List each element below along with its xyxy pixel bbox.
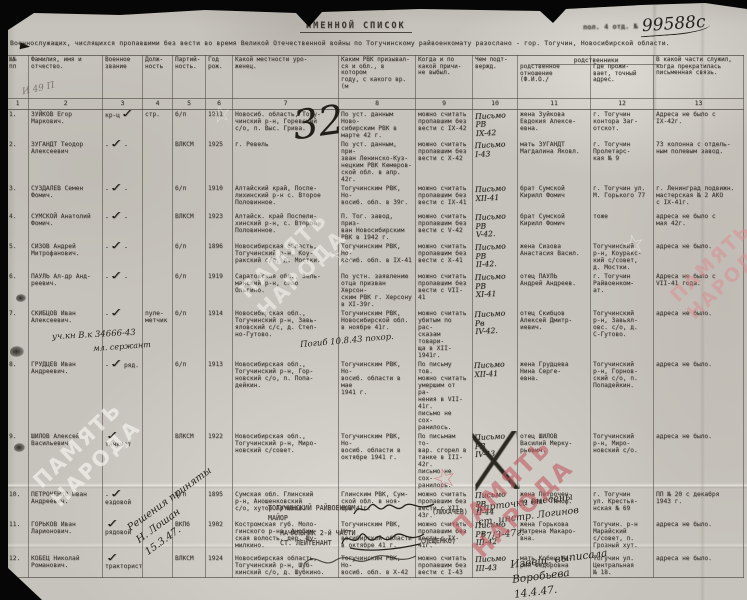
cell-rank: ✓танкист (103, 432, 143, 490)
cell-relative: мать Кобец Ма- рия Федоровна (518, 554, 591, 578)
cell-fate: можно считать пропавшим без вести с X-42 (416, 140, 473, 184)
paper-sheet: пол. 4 отд. №99588с ИМЕННОЙ СПИСОК Военн… (0, 0, 747, 600)
cell-name: СУМСКОЙ Анатолий Фомич. (29, 212, 103, 242)
cell-fate: По письму тов. можно считать умершим от … (416, 360, 473, 432)
col-num: 5 (173, 99, 206, 110)
cell-fate: можно считать пропавшим без вести с V-42 (416, 212, 473, 242)
cell-party: ВЛКСМ (173, 554, 206, 578)
page-title: ИМЕННОЙ СПИСОК (300, 21, 412, 33)
official-title-commissar: ТОГУЧИНСКИЙ РАЙВОЕНКОМ МАЙОР (268, 504, 355, 524)
cell-relative: жена Сизова Анастасия Васил. (518, 242, 591, 272)
table-row: 1.ЗУЙКОВ Егор Маркович.кр-ц✓стр.б/п1911Н… (7, 110, 744, 141)
table-body: 1.ЗУЙКОВ Егор Маркович.кр-ц✓стр.б/п1911Н… (7, 110, 744, 578)
cell-year: 1913 (206, 360, 233, 432)
cell-name: СИЗОВ Андрей Митрофанович. (29, 242, 103, 272)
col-num: 9 (416, 99, 473, 110)
cell-rvk: Тогучинским РВК, Новосибирской обл. в но… (339, 309, 416, 360)
cell-year: 1925 (206, 140, 233, 184)
cell-rank: -✓- (103, 272, 143, 309)
cell-year: 1911 (206, 110, 233, 141)
col-header-origin: Какой местности уро- женец. (233, 56, 339, 99)
cell-proof: Письмо I-43 (471, 139, 518, 185)
cell-rvk: Тогучинским РВК, Но- восиб. области в ма… (339, 360, 416, 432)
cell-party: б/п (173, 360, 206, 432)
col-num: 11 (518, 99, 591, 110)
cell-proof: Письмо III-43 (472, 553, 518, 579)
col-num: 8 (339, 99, 416, 110)
cell-name: СУЗДАЛЕВ Семен Фомич. (29, 184, 103, 212)
cell-pos (143, 490, 173, 520)
cell-address: г. Тогучин контора Заг- отскот. (591, 110, 654, 141)
relatives-group-header: родственники (531, 57, 661, 65)
cell-party: ВКПб (173, 520, 206, 554)
cell-year: 1910 (206, 184, 233, 212)
scanned-document-page: пол. 4 отд. №99588с ИМЕННОЙ СПИСОК Военн… (0, 0, 747, 600)
cell-origin: Новосибирская обл., Тогучинский р-н, Мир… (233, 432, 339, 490)
cell-year: 1902 (206, 520, 233, 554)
cell-num: 11. (7, 520, 29, 554)
cell-name: ГОРЬКОВ Иван Ларионович. (29, 520, 103, 554)
cell-pos (143, 272, 173, 309)
cell-unit: Адреса не было с VII-41 года. (654, 272, 744, 309)
registration-stamp: пол. 4 отд. №99588с (583, 14, 743, 35)
cell-rvk: По устн. заявлению отца призван Херсон- … (339, 272, 416, 309)
cell-relative: брат Сумской Кирилл Фомич (518, 184, 591, 212)
cell-rank: -✓- (103, 140, 143, 184)
cell-rank: кр-ц✓ (103, 110, 143, 141)
check-mark-icon: ✓ (109, 309, 123, 316)
cell-year: 1895 (206, 490, 233, 520)
cell-proof: Письмо РВ XI-41 (472, 271, 519, 310)
cell-party: б/п (173, 242, 206, 272)
cell-name: СКИБЦОВ Иван Алексеевич. (29, 309, 103, 360)
cell-address: тоже (591, 212, 654, 242)
cell-proof: Письмо XII-41 (471, 359, 520, 433)
table-row: 4.СУМСКОЙ Анатолий Фомич.-✓-ВЛКСМ1923Алт… (7, 212, 744, 242)
cell-party: б/п (173, 272, 206, 309)
col-num: 7 (233, 99, 339, 110)
cell-num: 5. (7, 242, 29, 272)
cell-pos (143, 212, 173, 242)
cell-rank: -✓ (103, 309, 143, 360)
cell-pos: стр. (143, 110, 173, 141)
table-row: 7.СКИБЦОВ Иван Алексеевич.-✓пуле- метчик… (7, 309, 744, 360)
cell-address: Тогучин. р-н Марайский с/совет, п. Грозн… (591, 520, 654, 554)
cell-origin: Новосибирская обл., Тогучинский р-н, Зав… (233, 309, 339, 360)
cell-pos (143, 242, 173, 272)
col-header-num: №№ пп (7, 56, 29, 99)
cell-unit: адреса не было. (654, 554, 744, 578)
check-mark-icon: ✓ (109, 212, 123, 219)
cell-address: г. Тогучин Пролетарс- кая № 9 (591, 140, 654, 184)
cell-rvk: Тогучинским РВК, Но- восиб. обл. в IX-41 (339, 242, 416, 272)
table-row: 10.ПЕТРОЧЕНКО Иван Андреевич.-✓ездовойб/… (7, 490, 744, 520)
cell-name: КОБЕЦ Николай Романович. (29, 554, 103, 578)
cell-proof: Письмо РВ II-44 (472, 489, 519, 521)
check-mark-icon: ✓ (109, 272, 123, 279)
col-header-rank: Военное звание (103, 56, 143, 99)
pencil-arrow (20, 42, 31, 50)
cell-relative: отец Скибцов Алексей Дмитр- иевич. (518, 309, 591, 360)
cell-party: б/п (173, 110, 206, 141)
cell-pos: пуле- метчик (143, 309, 173, 360)
cell-party: ВЛКСМ (173, 432, 206, 490)
cell-address: г. Тогучин ул. Крестья- нская № 69 (591, 490, 654, 520)
col-header-rvk: Каким РВК призывал- ся и обл., в котором… (339, 56, 416, 99)
cell-relative: мать ЗУГАНДТ Магдалина Яковл. (518, 140, 591, 184)
cell-proof: Письмо РВ IX-42 (472, 108, 519, 141)
cell-num: 4. (7, 212, 29, 242)
check-mark-icon: ✓ (109, 242, 123, 249)
cell-name: ГРУДЦЕВ Иван Андреевич. (29, 360, 103, 432)
cell-proof: Письмо XII-41 (472, 183, 518, 213)
cell-fate: можно считать убитым по рас- сказам това… (416, 309, 473, 360)
cell-unit: 73 колонна с отдель- ным полевым завод. (654, 140, 744, 184)
table-row: 6.ПАУЛЬ Ал-др Анд- реевич.-✓-б/п1919Сара… (7, 272, 744, 309)
cell-rvk: Тогучинским РВК, Но- восиб. обл. в 39г. (339, 184, 416, 212)
col-header-proof: Чем подт- вержд. (473, 56, 518, 99)
check-mark-icon: ✓ (109, 490, 123, 497)
cell-pos (143, 360, 173, 432)
col-num: 2 (29, 99, 103, 110)
cell-year: 1922 (206, 432, 233, 490)
cell-name: ПАУЛЬ Ал-др Анд- реевич. (29, 272, 103, 309)
cell-rank: ✓рядовой (103, 520, 143, 554)
cell-pos (143, 432, 173, 490)
cell-origin: Саратовская обл., Зель- манский р-н, сел… (233, 272, 339, 309)
cell-address: г. Тогучин Райвоенком- ат. (591, 272, 654, 309)
cell-rvk: По уст. данным, при- зван Ленинско-Куз- … (339, 140, 416, 184)
cell-fate: можно считать пропавшим без вести с VII-… (416, 272, 473, 309)
col-header-year: Год рож. (206, 56, 233, 99)
ink-blot (14, 443, 25, 452)
cell-name: ШИЛОВ Алексей Васильевич. (29, 432, 103, 490)
cell-unit: ПП № 20 с декабря 1943 г. (654, 490, 744, 520)
cell-name: ЗУЙКОВ Егор Маркович. (29, 110, 103, 141)
cell-name: ЗУГАНДТ Теодор Алексеевич (29, 140, 103, 184)
ink-blot (16, 294, 26, 302)
document-subtitle: Военнослужащих, числящихся пропавшими бе… (10, 39, 740, 47)
cell-pos (143, 184, 173, 212)
cell-address: Тогучинский р-н, Миро- новский с/о. (591, 432, 654, 490)
cell-origin: г. Ревель (233, 140, 339, 184)
cell-num: 1. (7, 110, 29, 141)
table-row: 3.СУЗДАЛЕВ Семен Фомич.-✓-б/п1910Алтайск… (7, 184, 744, 212)
cell-party: ВЛКСМ (173, 140, 206, 184)
cell-num: 12. (7, 554, 29, 578)
ink-blot (10, 346, 24, 357)
cell-unit: адреса не было. (654, 520, 744, 554)
cell-proof: Письмо РВ III-42 (472, 519, 519, 555)
cell-address: Тогучинский р-н, Коуракс- кий с/совет, д… (591, 242, 654, 272)
cell-rvk: Тогучинским РВК, Но- восиб. области в ок… (339, 432, 416, 490)
cell-fate: можно считать пропавшим без вести с IX-4… (416, 184, 473, 212)
cell-unit: г. Ленинград подвижн. мастерская № 2 АКО… (654, 184, 744, 212)
table-row: 5.СИЗОВ Андрей Митрофанович.-✓-б/п1896Но… (7, 242, 744, 272)
cell-origin: Алтайск. край Поспели- хинский р-н, с. В… (233, 212, 339, 242)
table-row: 12.КОБЕЦ Николай Романович.✓трактористВЛ… (7, 554, 744, 578)
cell-pos (143, 140, 173, 184)
check-mark-icon: ✓ (105, 432, 119, 439)
cell-relative: отец ШИЛОВ Василий Мерку- рьевич. (518, 432, 591, 490)
official-name-commissar: (ЛИХАЧЕВ) (432, 508, 468, 516)
check-mark-icon: ✓ (105, 554, 119, 561)
cell-pos (143, 520, 173, 554)
cell-unit: адреса не было. (654, 309, 744, 360)
check-mark-icon: ✓ (109, 360, 123, 367)
column-numbers-row: 1 2 3 4 5 6 7 8 9 10 11 12 13 (7, 99, 744, 110)
col-num: 10 (473, 99, 518, 110)
cell-unit: адреса не было с мая 42г. (654, 212, 744, 242)
cell-year: 1923 (206, 212, 233, 242)
cell-year: 1924 (206, 554, 233, 578)
col-num: 6 (206, 99, 233, 110)
col-header-fate: Когда и по какой причи- не выбыл. (416, 56, 473, 99)
check-mark-icon: ✓ (105, 520, 119, 527)
cell-fate: можно считать пропавшим без вести с IX-4… (416, 110, 473, 141)
cell-rank: -✓- (103, 184, 143, 212)
cell-origin: Новосибирская область, Тогучинский р-н, … (233, 242, 339, 272)
cell-origin: Новосибирская обл., Тогучинский р-н, Гор… (233, 360, 339, 432)
cell-num: 9. (7, 432, 29, 490)
stamp-number: 99588с (639, 12, 710, 38)
col-num: 4 (143, 99, 173, 110)
name-list-table: №№ пп Фамилия, имя и отчество. Военное з… (6, 55, 744, 578)
cell-year: 1914 (206, 309, 233, 360)
check-mark-icon: ✓ (109, 140, 123, 147)
cell-party: б/п (173, 309, 206, 360)
cell-relative: жена Зуйкова Евдокия Алексе- евна. (518, 110, 591, 141)
official-name-chief: (ЛЕЩЕНКО) (420, 537, 456, 545)
cell-proof: Письмо Рв IV-42. (471, 308, 519, 361)
col-header-position: Долж- ность (143, 56, 173, 99)
cell-fate: можно считать пропавшим без вести с I-43 (416, 554, 473, 578)
cell-origin: Алтайский край, Поспе- лихинский р-н с. … (233, 184, 339, 212)
cell-fate: можно считать пропавшим без вести с X-41 (416, 242, 473, 272)
cell-num: 2. (7, 140, 29, 184)
cell-relative: отец ПАУЛЬ Андрей Андреев. (518, 272, 591, 309)
cell-rank: -✓ездовой (103, 490, 143, 520)
cell-num: 6. (7, 272, 29, 309)
col-num: 13 (654, 99, 744, 110)
col-num: 3 (103, 99, 143, 110)
cell-num: 10. (7, 490, 29, 520)
check-mark-icon: ✓ (120, 110, 134, 117)
table-row: 9.ШИЛОВ Алексей Васильевич.✓танкистВЛКСМ… (7, 432, 744, 490)
col-num: 12 (591, 99, 654, 110)
table-row: 8.ГРУДЦЕВ Иван Андреевич.-✓ряд.б/п1913Но… (7, 360, 744, 432)
col-header-unit: В какой части служил, когда прекратилась… (654, 56, 744, 99)
cell-rvk: П. Тог. завод, приз- ван Новосибирским Р… (339, 212, 416, 242)
col-header-name: Фамилия, имя и отчество. (29, 56, 103, 99)
cell-address: Тогучинский р-н, Завьял- овс. с/о, д. С-… (591, 309, 654, 360)
cell-proof: Письмо РВ II-42. (472, 241, 519, 273)
cell-name: ПЕТРОЧЕНКО Иван Андреевич. (29, 490, 103, 520)
check-mark-icon: ✓ (109, 184, 123, 191)
stamp-text: пол. 4 отд. № (583, 23, 638, 32)
cell-address: Тогучинский р-н, Горнов- ский с/о, п. По… (591, 360, 654, 432)
official-title-chief: НАЧАЛЬНИК 2-й ЧАСТИ СТ. ЛЕЙТЕНАНТ (280, 529, 355, 549)
cell-year: 1896 (206, 242, 233, 272)
col-num: 1 (7, 99, 29, 110)
cell-address: Тогучин ул. Центральная № 18. (591, 554, 654, 578)
cell-party: ВЛКСМ (173, 212, 206, 242)
cell-fate: По письмам то- вар. сгорел в танке в III… (416, 432, 473, 490)
cell-rank: -✓- (103, 212, 143, 242)
cell-origin: Новосиб. область, Тогу- чинский р-н, Гор… (233, 110, 339, 141)
cell-rank: ✓тракторист (103, 554, 143, 578)
cell-relative: жена Горькова Матрена Макаро- вна. (518, 520, 591, 554)
cell-origin: Новосибирская область, Тогучинский р-н, … (233, 554, 339, 578)
cell-relative: брат Сумской Кирилл Фомич (518, 212, 591, 242)
cell-rvk: Тогучинским РВК, Но- восиб. обл. в X-42 (339, 554, 416, 578)
cell-proof: Письмо РВ V-42. (472, 211, 519, 243)
cell-proof: Письмо РВ IV-43 (471, 431, 519, 491)
cell-party: б/п (173, 490, 206, 520)
table-row: 2.ЗУГАНДТ Теодор Алексеевич-✓-ВЛКСМ1925г… (7, 140, 744, 184)
cell-num: 3. (7, 184, 29, 212)
cell-unit: адреса не было. (654, 432, 744, 490)
cell-rank: -✓ряд. (103, 360, 143, 432)
cell-relative: жена Петрочен- ко Евд. Тимоф. (518, 490, 591, 520)
cell-address: г. Тогучин ул. М. Горького 77 (591, 184, 654, 212)
cell-rvk: По уст. данным Ново- сибирским РВК в мар… (339, 110, 416, 141)
cell-unit: Адреса не было с IX-42г. (654, 110, 744, 141)
cell-num: 8. (7, 360, 29, 432)
col-header-party: Партий- ность. (173, 56, 206, 99)
cell-party: б/п (173, 184, 206, 212)
cell-unit: адреса не было. (654, 360, 744, 432)
cell-relative: жена Грудцева Нина Серге- евна. (518, 360, 591, 432)
cell-unit: адреса не было. (654, 242, 744, 272)
cell-year: 1919 (206, 272, 233, 309)
table-row: 11.ГОРЬКОВ Иван Ларионович.✓рядовойВКПб1… (7, 520, 744, 554)
cell-rank: -✓- (103, 242, 143, 272)
cell-pos (143, 554, 173, 578)
